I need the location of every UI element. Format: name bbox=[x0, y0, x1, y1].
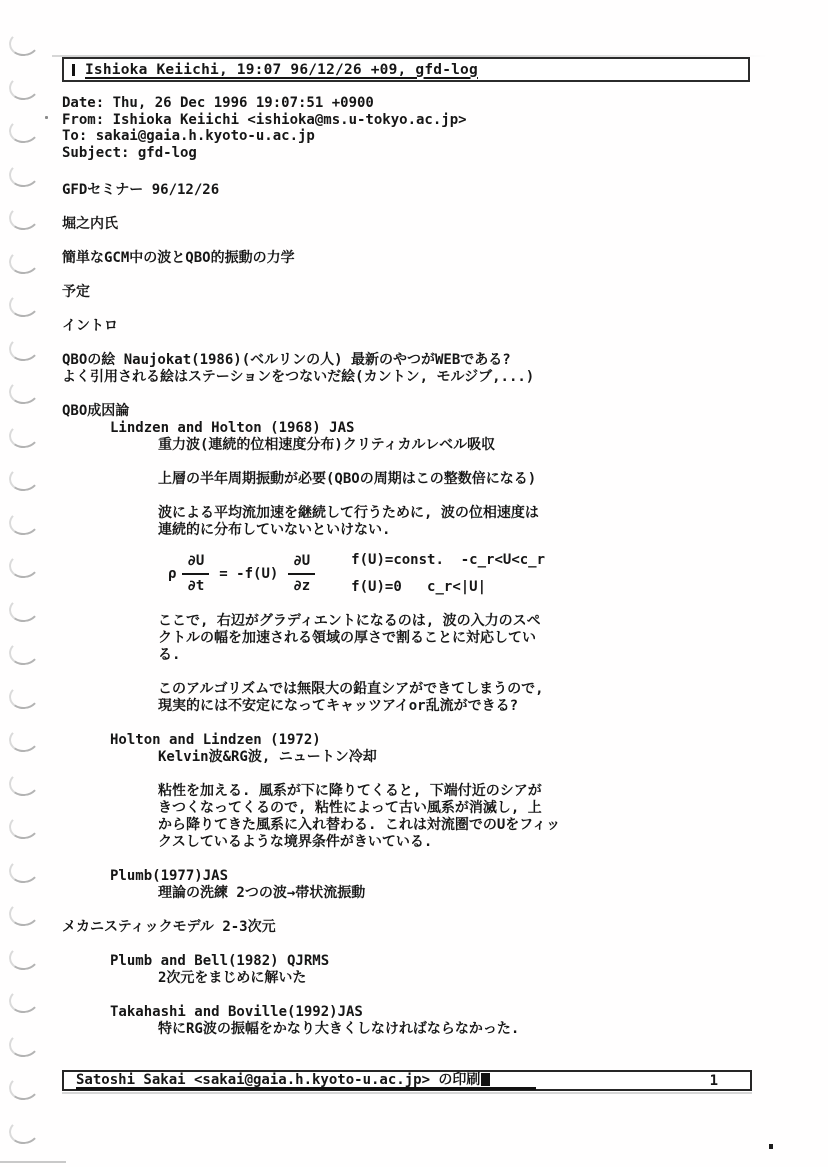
text-line: イントロ bbox=[62, 318, 560, 335]
text-line: ここで, 右辺がグラディエントになるのは, 波の入力のスペ bbox=[62, 613, 560, 630]
binding-ring-icon bbox=[8, 813, 40, 841]
text-line: 粘性を加える. 風系が下に降りてくると, 下端付近のシアが bbox=[62, 783, 560, 800]
equation-fraction-du-dz: ∂U ∂z bbox=[288, 553, 315, 595]
binding-ring-icon bbox=[8, 30, 40, 58]
text-line: Plumb and Bell(1982) QJRMS bbox=[62, 953, 560, 970]
text-line: クトルの幅を加速される領域の厚さで割ることに対応してい bbox=[62, 630, 560, 647]
binding-ring-icon bbox=[8, 1074, 40, 1102]
equation-rho: ρ bbox=[168, 566, 176, 583]
binding-ring-icon bbox=[8, 726, 40, 754]
text-line: クスしているような境界条件がきいている. bbox=[62, 834, 560, 851]
text-line: 2次元をまじめに解いた bbox=[62, 970, 560, 987]
binding-ring-icon bbox=[8, 856, 40, 884]
email-headers: Date: Thu, 26 Dec 1996 19:07:51 +0900 Fr… bbox=[62, 95, 467, 161]
text-line: る. bbox=[62, 647, 560, 664]
equation-fraction-du-dt: ∂U ∂t bbox=[182, 553, 209, 595]
binding-ring-icon bbox=[8, 421, 40, 449]
scan-artifact-streak bbox=[0, 1161, 66, 1163]
email-header-from: From: Ishioka Keiichi <ishioka@ms.u-toky… bbox=[62, 112, 467, 129]
scan-speck bbox=[769, 1144, 773, 1149]
footer-underline: Satoshi Sakai <sakai@gaia.h.kyoto-u.ac.j… bbox=[76, 1072, 536, 1090]
text-line: 理論の洗練 2つの波→帯状流振動 bbox=[62, 885, 560, 902]
binding-ring-icon bbox=[8, 769, 40, 797]
binding-ring-icon bbox=[8, 204, 40, 232]
spiral-binding bbox=[0, 0, 46, 1167]
binding-ring-icon bbox=[8, 117, 40, 145]
equation-condition-1: f(U)=const. -c_r<U<c_r bbox=[351, 552, 545, 569]
seminar-notes-body: GFDセミナー 96/12/26堀之内氏簡単なGCM中の波とQBO的振動の力学予… bbox=[62, 182, 560, 1038]
binding-ring-icon bbox=[8, 552, 40, 580]
text-line: 予定 bbox=[62, 284, 560, 301]
binding-ring-icon bbox=[8, 1117, 40, 1145]
cursor-block bbox=[481, 1073, 490, 1086]
binding-ring-icon bbox=[8, 160, 40, 188]
scanned-email-page: Ishioka Keiichi, 19:07 96/12/26 +09, gfd… bbox=[0, 0, 828, 1167]
binding-ring-icon bbox=[8, 943, 40, 971]
text-line: 特にRG波の振幅をかなり大きくしなければならなかった. bbox=[62, 1021, 560, 1038]
text-line: このアルゴリズムでは無限大の鉛直シアができてしまうので, bbox=[62, 681, 560, 698]
binding-ring-icon bbox=[8, 291, 40, 319]
fraction-denominator: ∂t bbox=[182, 578, 209, 595]
text-line: Takahashi and Boville(1992)JAS bbox=[62, 1004, 560, 1021]
fraction-numerator: ∂U bbox=[288, 553, 315, 570]
text-line: Plumb(1977)JAS bbox=[62, 868, 560, 885]
binding-ring-icon bbox=[8, 465, 40, 493]
binding-ring-icon bbox=[8, 334, 40, 362]
text-line: メカニスティックモデル 2-3次元 bbox=[62, 919, 560, 936]
binding-ring-icon bbox=[8, 900, 40, 928]
text-line: QBO成因論 bbox=[62, 403, 560, 420]
text-line: きつくなってくるので, 粘性によって古い風系が消滅し, 上 bbox=[62, 800, 560, 817]
binding-ring-icon bbox=[8, 1030, 40, 1058]
binding-ring-icon bbox=[8, 595, 40, 623]
page-number: 1 bbox=[710, 1073, 718, 1089]
text-line: Holton and Lindzen (1972) bbox=[62, 732, 560, 749]
body-lines-before-equation: GFDセミナー 96/12/26堀之内氏簡単なGCM中の波とQBO的振動の力学予… bbox=[62, 182, 560, 539]
text-line: Kelvin波&RG波, ニュートン冷却 bbox=[62, 749, 560, 766]
binding-ring-icon bbox=[8, 682, 40, 710]
email-header-to: To: sakai@gaia.h.kyoto-u.ac.jp bbox=[62, 128, 467, 145]
text-line: 堀之内氏 bbox=[62, 216, 560, 233]
equation-conditions: f(U)=const. -c_r<U<c_r f(U)=0 c_r<|U| bbox=[351, 552, 545, 596]
text-line: 簡単なGCM中の波とQBO的振動の力学 bbox=[62, 250, 560, 267]
text-line: 上層の半年周期振動が必要(QBOの周期はこの整数倍になる) bbox=[62, 471, 560, 488]
text-line: GFDセミナー 96/12/26 bbox=[62, 182, 560, 199]
text-line: から降りてきた風系に入れ替わる. これは対流圏でのUをフィッ bbox=[62, 817, 560, 834]
fraction-numerator: ∂U bbox=[182, 553, 209, 570]
binding-ring-icon bbox=[8, 639, 40, 667]
email-header-date: Date: Thu, 26 Dec 1996 19:07:51 +0900 bbox=[62, 95, 467, 112]
binding-ring-icon bbox=[8, 378, 40, 406]
text-line: 現実的には不安定になってキャッツアイor乱流ができる? bbox=[62, 698, 560, 715]
text-line: 重力波(連続的位相速度分布)クリティカルレベル吸収 bbox=[62, 437, 560, 454]
header-tick-mark bbox=[72, 64, 75, 76]
text-line: Lindzen and Holton (1968) JAS bbox=[62, 420, 560, 437]
print-header-bar: Ishioka Keiichi, 19:07 96/12/26 +09, gfd… bbox=[62, 57, 750, 82]
scan-artifact-shadow bbox=[62, 1092, 752, 1094]
scan-speck bbox=[45, 116, 48, 119]
binding-ring-icon bbox=[8, 987, 40, 1015]
binding-ring-icon bbox=[8, 73, 40, 101]
equation-middle: = -f(U) bbox=[219, 566, 278, 583]
text-line: 波による平均流加速を継続して行うために, 波の位相速度は bbox=[62, 505, 560, 522]
binding-ring-icon bbox=[8, 247, 40, 275]
fraction-bar bbox=[182, 573, 209, 575]
print-header-text: Ishioka Keiichi, 19:07 96/12/26 +09, gfd… bbox=[85, 62, 478, 78]
equation-condition-2: f(U)=0 c_r<|U| bbox=[351, 579, 545, 596]
text-line: QBOの絵 Naujokat(1986)(ベルリンの人) 最新のやつがWEBであ… bbox=[62, 352, 560, 369]
print-footer-bar: Satoshi Sakai <sakai@gaia.h.kyoto-u.ac.j… bbox=[62, 1070, 752, 1091]
fraction-denominator: ∂z bbox=[288, 578, 315, 595]
text-line: 連続的に分布していないといけない. bbox=[62, 522, 560, 539]
text-line: よく引用される絵はステーションをつないだ絵(カントン, モルジブ,...) bbox=[62, 369, 560, 386]
binding-ring-icon bbox=[8, 508, 40, 536]
fraction-bar bbox=[288, 573, 315, 575]
momentum-equation: ρ ∂U ∂t = -f(U) ∂U ∂z f(U)=const. -c_r<U… bbox=[62, 552, 560, 596]
print-footer-text: Satoshi Sakai <sakai@gaia.h.kyoto-u.ac.j… bbox=[76, 1069, 480, 1089]
email-header-subject: Subject: gfd-log bbox=[62, 145, 467, 162]
body-lines-after-equation: ここで, 右辺がグラディエントになるのは, 波の入力のスペクトルの幅を加速される… bbox=[62, 613, 560, 1038]
